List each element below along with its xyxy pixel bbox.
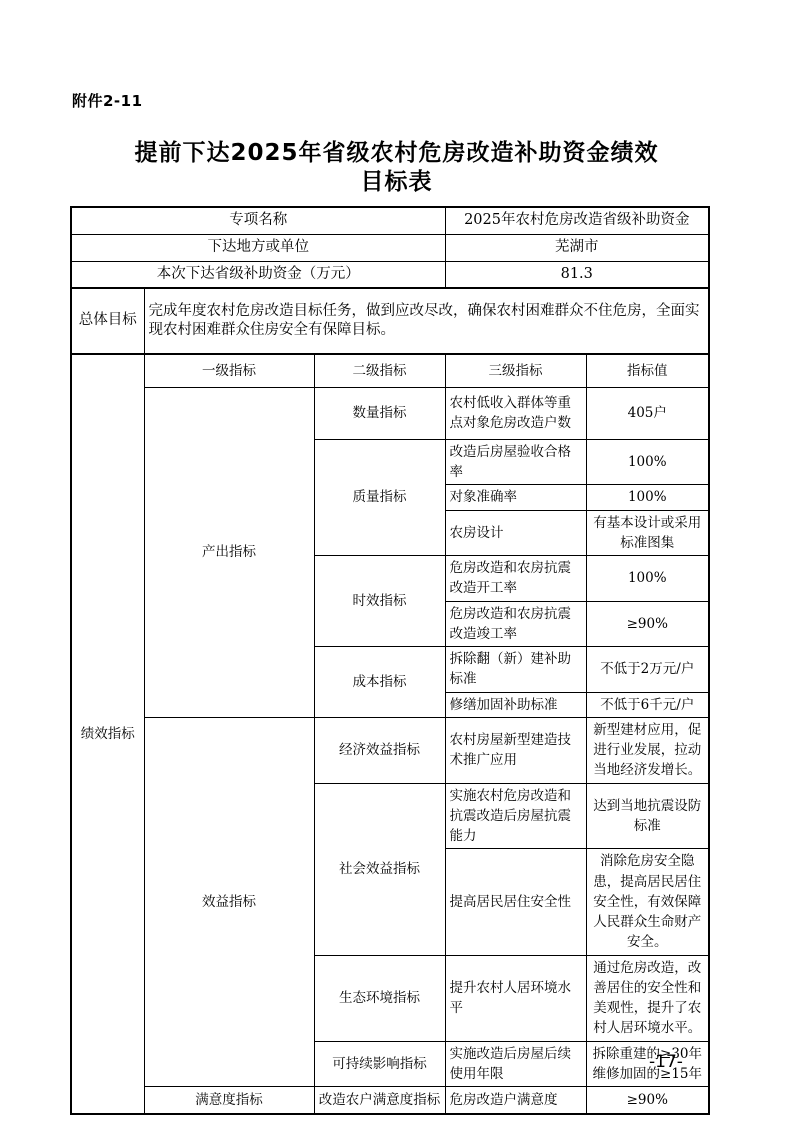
indicator-value-cell: 有基本设计或采用标准图集 [586,510,709,556]
sub-cost-label: 成本指标 [314,647,445,718]
overall-goal-content: 完成年度农村危房改造目标任务，做到应改尽改，确保农村困难群众不住危房，全面实现农… [144,288,709,354]
table-row: 本次下达省级补助资金（万元） 81.3 [71,261,709,288]
indicators-corner-label: 绩效指标 [71,354,144,1113]
page-title-line-1: 提前下达2025年省级农村危房改造补助资金绩效 [0,139,793,168]
performance-target-table: 专项名称 2025年农村危房改造省级补助资金 下达地方或单位 芜湖市 本次下达省… [70,206,710,1115]
sub-quantity-label: 数量指标 [314,387,445,439]
indicator-value-cell: ≥90% [586,601,709,647]
sub-ecological-label: 生态环境指标 [314,955,445,1041]
group-output-label: 产出指标 [144,387,314,717]
sub-quality-label: 质量指标 [314,439,445,555]
table-row: 专项名称 2025年农村危房改造省级补助资金 [71,207,709,234]
attachment-label: 附件2-11 [72,90,143,111]
indicator-name-cell: 对象准确率 [445,485,586,510]
table-row: 效益指标 经济效益指标 农村房屋新型建造技术推广应用 新型建材应用，促进行业发展… [71,717,709,783]
indicator-value-cell: ≥90% [586,1087,709,1114]
indicator-value-cell: 新型建材应用，促进行业发展，拉动当地经济发增长。 [586,717,709,783]
indicator-name-cell: 农房设计 [445,510,586,556]
indicator-name-cell: 农村低收入群体等重点对象危房改造户数 [445,387,586,439]
table-row: 绩效指标 一级指标 二级指标 三级指标 指标值 [71,354,709,387]
indicator-value-cell: 拆除重建的≥30年 维修加固的≥15年 [586,1041,709,1087]
sub-household-label: 改造农户满意度指标 [314,1087,445,1114]
indicator-value-cell: 不低于2万元/户 [586,647,709,693]
indicator-name-cell: 危房改造户满意度 [445,1087,586,1114]
indicator-value-cell: 100% [586,439,709,485]
page-title-line-2: 目标表 [0,168,793,197]
indicator-value-cell: 不低于6千元/户 [586,692,709,717]
info-label-project-name: 专项名称 [71,207,445,234]
table-row: 下达地方或单位 芜湖市 [71,234,709,261]
indicator-name-cell: 危房改造和农房抗震改造开工率 [445,556,586,602]
indicator-name-cell: 实施改造后房屋后续使用年限 [445,1041,586,1087]
info-value-fund-amount: 81.3 [445,261,709,288]
sub-timeliness-label: 时效指标 [314,556,445,647]
sub-sustain-label: 可持续影响指标 [314,1041,445,1087]
table-row: 总体目标 完成年度农村危房改造目标任务，做到应改尽改，确保农村困难群众不住危房，… [71,288,709,354]
indicator-name-cell: 改造后房屋验收合格率 [445,439,586,485]
indicator-value-cell: 100% [586,485,709,510]
indicator-name-cell: 农村房屋新型建造技术推广应用 [445,717,586,783]
indicator-name-cell: 实施农村危房改造和抗震改造后房屋抗震能力 [445,783,586,849]
indicator-value-cell: 100% [586,556,709,602]
group-benefit-label: 效益指标 [144,717,314,1086]
header-level3: 三级指标 [445,354,586,387]
indicator-name-cell: 拆除翻（新）建补助标准 [445,647,586,693]
header-value: 指标值 [586,354,709,387]
indicator-value-cell: 消除危房安全隐患，提高居民居住安全性，有效保障人民群众生命财产安全。 [586,849,709,955]
indicator-name-cell: 危房改造和农房抗震改造竣工率 [445,601,586,647]
page-number: -17- [649,1052,683,1072]
header-level1: 一级指标 [144,354,314,387]
table-row: 满意度指标 改造农户满意度指标 危房改造户满意度 ≥90% [71,1087,709,1114]
header-level2: 二级指标 [314,354,445,387]
indicator-value-cell: 405户 [586,387,709,439]
info-value-project-name: 2025年农村危房改造省级补助资金 [445,207,709,234]
group-satisfaction-label: 满意度指标 [144,1087,314,1114]
info-label-recipient: 下达地方或单位 [71,234,445,261]
info-label-fund-amount: 本次下达省级补助资金（万元） [71,261,445,288]
indicator-name-cell: 提高居民居住安全性 [445,849,586,955]
sub-social-label: 社会效益指标 [314,783,445,955]
indicator-name-cell: 修缮加固补助标准 [445,692,586,717]
document-page: 附件2-11 提前下达2025年省级农村危房改造补助资金绩效 目标表 专项名称 … [0,0,793,1122]
indicator-value-cell: 达到当地抗震设防标准 [586,783,709,849]
table-row: 产出指标 数量指标 农村低收入群体等重点对象危房改造户数 405户 [71,387,709,439]
info-value-recipient: 芜湖市 [445,234,709,261]
indicator-value-cell: 通过危房改造，改善居住的安全性和美观性，提升了农村人居环境水平。 [586,955,709,1041]
sub-economic-label: 经济效益指标 [314,717,445,783]
page-title: 提前下达2025年省级农村危房改造补助资金绩效 目标表 [0,139,793,197]
indicator-name-cell: 提升农村人居环境水平 [445,955,586,1041]
overall-goal-label: 总体目标 [71,288,144,354]
